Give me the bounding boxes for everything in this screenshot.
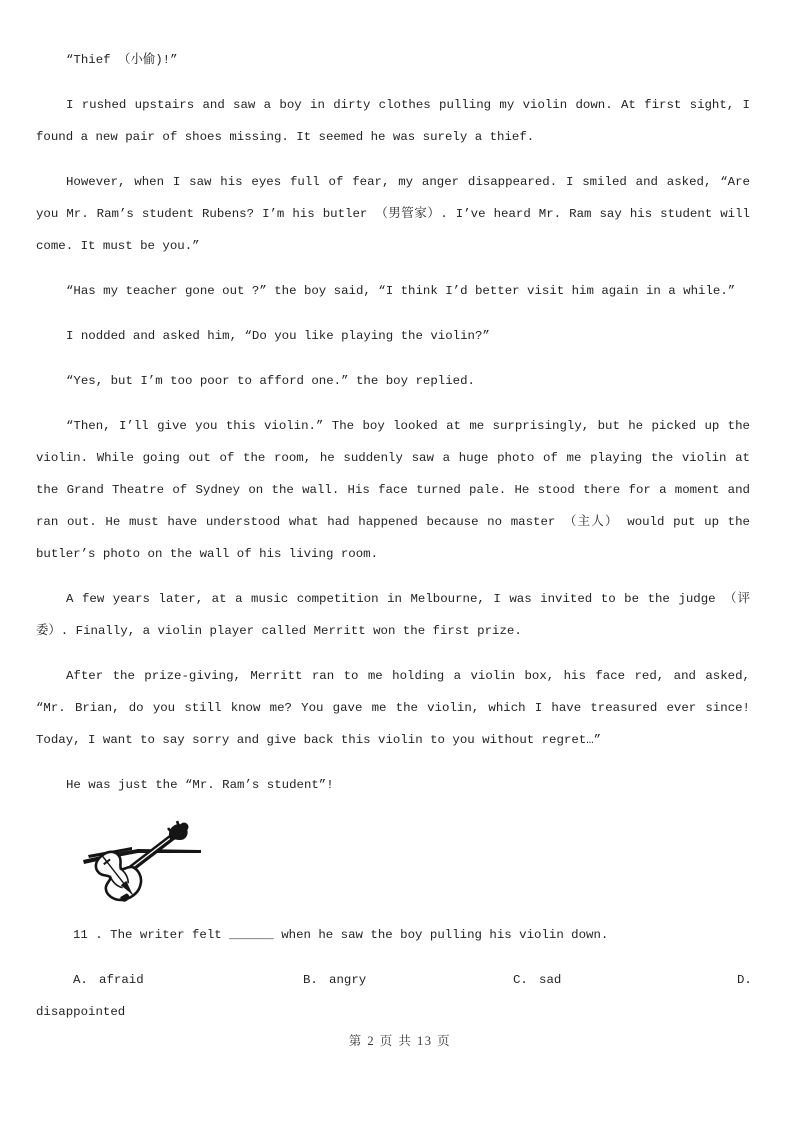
option-a-key: A.: [73, 973, 88, 987]
paragraph-teacher-gone-out: “Has my teacher gone out ?” the boy said…: [36, 275, 750, 307]
violin-image: [80, 814, 204, 906]
paragraph-however-eyes-fear: However, when I saw his eyes full of fea…: [36, 166, 750, 262]
option-d-key: D.: [737, 964, 752, 996]
document-page: “Thief （小偷)!” I rushed upstairs and saw …: [0, 0, 800, 1132]
paragraph-thief-exclamation: “Thief （小偷)!”: [36, 44, 750, 76]
option-a: A.afraid: [73, 964, 144, 996]
document-content: “Thief （小偷)!” I rushed upstairs and saw …: [36, 44, 750, 1028]
question-11-options: A.afraid B.angry C.sad D. disappointed: [36, 964, 750, 1028]
option-d-text: disappointed: [36, 996, 125, 1028]
paragraph-nodded-asked: I nodded and asked him, “Do you like pla…: [36, 320, 750, 352]
option-c: C.sad: [513, 964, 561, 996]
paragraph-give-you-violin: “Then, I’ll give you this violin.” The b…: [36, 410, 750, 570]
option-b-text: angry: [329, 973, 366, 987]
paragraph-he-was-just: He was just the “Mr. Ram’s student”!: [36, 769, 750, 801]
paragraph-prize-giving: After the prize-giving, Merritt ran to m…: [36, 660, 750, 756]
paragraph-rushed-upstairs: I rushed upstairs and saw a boy in dirty…: [36, 89, 750, 153]
option-c-key: C.: [513, 973, 528, 987]
option-c-text: sad: [539, 973, 561, 987]
option-b-key: B.: [303, 973, 318, 987]
option-b: B.angry: [303, 964, 366, 996]
option-a-text: afraid: [99, 973, 144, 987]
page-number-footer: 第 2 页 共 13 页: [0, 1031, 800, 1049]
question-11-text: 11 . The writer felt ______ when he saw …: [36, 919, 750, 951]
paragraph-years-later-competition: A few years later, at a music competitio…: [36, 583, 750, 647]
violin-sketch-svg: [80, 814, 204, 906]
paragraph-too-poor: “Yes, but I’m too poor to afford one.” t…: [36, 365, 750, 397]
